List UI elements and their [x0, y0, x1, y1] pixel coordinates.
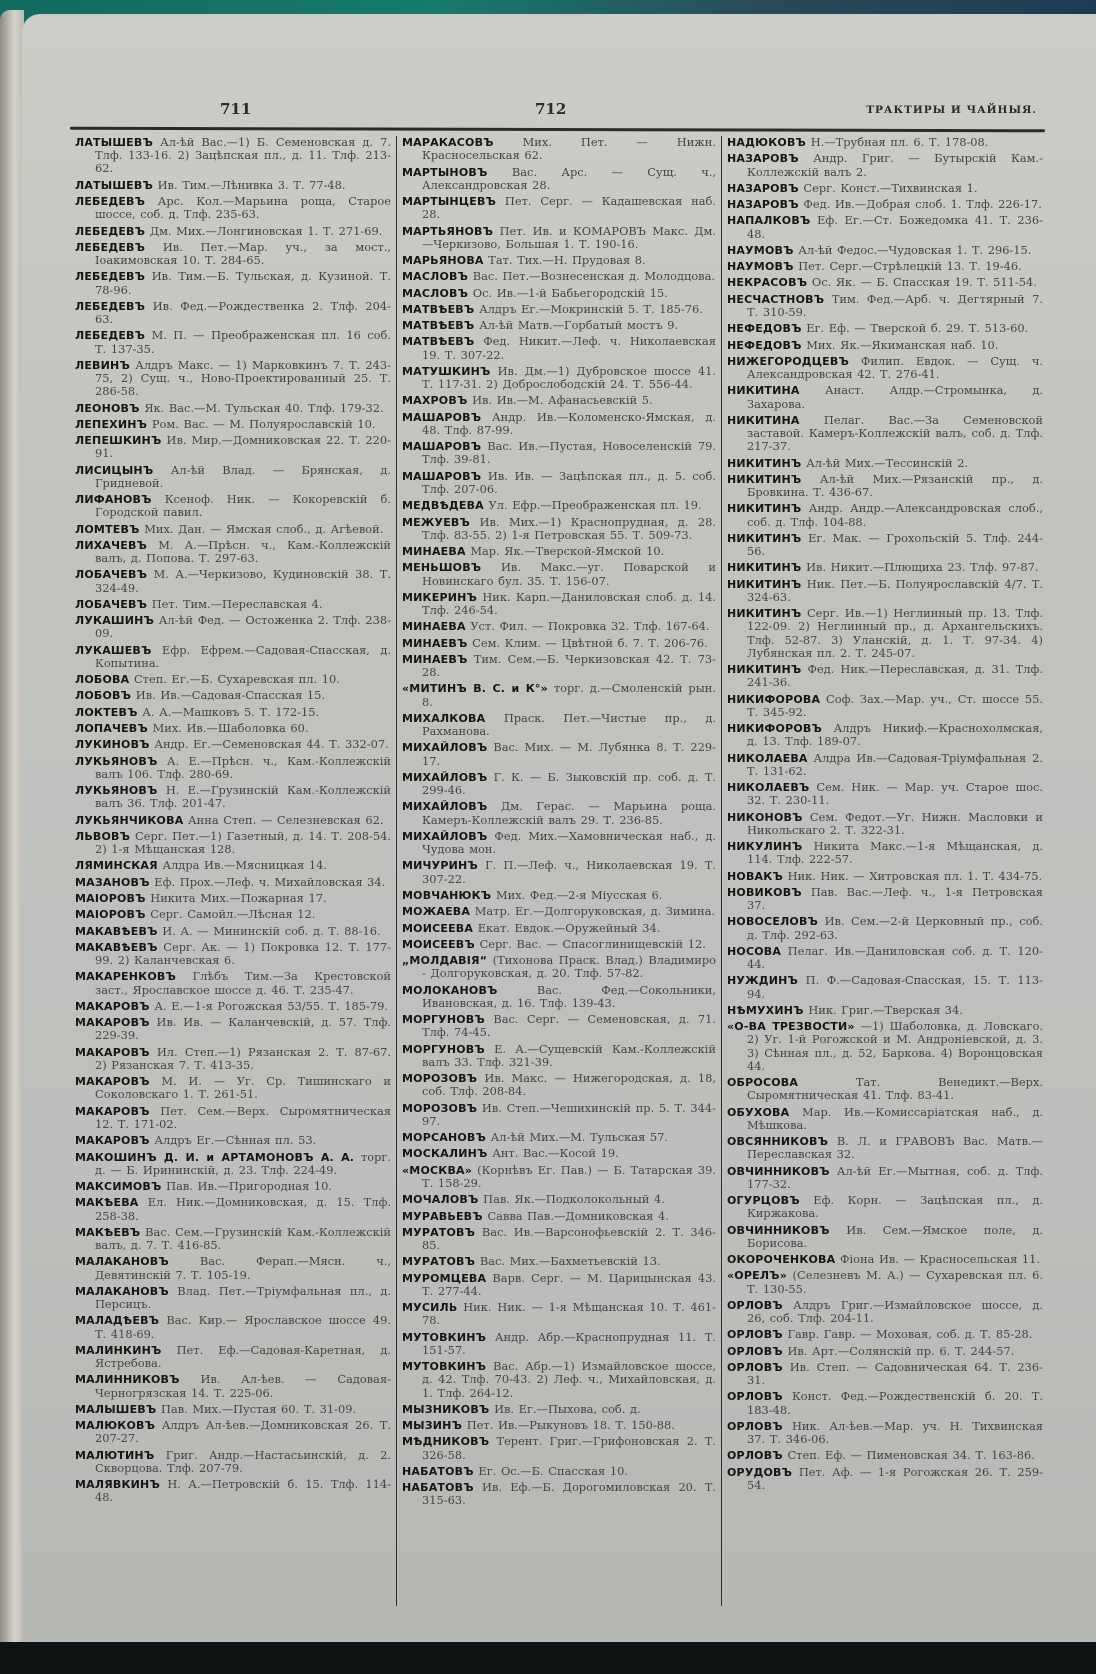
directory-entry: ЛОБАЧЕВЪ М. А.—Черкизово, Кудиновскій 38…: [75, 568, 391, 594]
directory-entry: МЕДВѢДЕВА Ул. Ефр.—Преображенская пл. 19…: [402, 499, 716, 512]
entry-name: МАЛЮТИНЪ: [75, 1449, 154, 1462]
directory-entry: МАХРОВЪ Ив. Ив.—М. Афанасьевскій 5.: [402, 394, 716, 407]
directory-entry: МИХАЛКОВА Праск. Пет.—Чистые пр., д. Рах…: [402, 712, 716, 738]
directory-entry: НИКИТИНЪ Ал-ѣй Мих.—Тессинскій 2.: [727, 457, 1043, 470]
directory-entry: МИХАЙЛОВЪ Вас. Мих. — М. Лубянка 8. Т. 2…: [402, 741, 716, 767]
entry-name: МИНАЕВА: [402, 545, 466, 558]
entry-name: НИКИТИНЪ: [727, 578, 801, 591]
entry-details: Серг. Вас. — Спасоглинищевскій 12.: [480, 937, 706, 951]
entry-name: ОВЧИННИКОВЪ: [727, 1165, 830, 1178]
directory-entry: ЛАТЫШЕВЪ Ал-ѣй Вас.—1) Б. Семеновская д.…: [75, 136, 391, 176]
entry-name: ЛИФАНОВЪ: [75, 493, 152, 506]
directory-entry: НѢМУХИНЪ Ник. Григ.—Тверская 34.: [727, 1004, 1043, 1017]
entry-name: МАКАВѢЕВЪ: [75, 925, 158, 938]
entry-name: МЕЖУЕВЪ: [402, 516, 470, 529]
entry-name: ЛУКЬЯНОВЪ: [75, 755, 158, 768]
entry-details: Мих. Як.—Якиманская наб. 10.: [806, 338, 998, 352]
directory-entry: МАКАВѢЕВЪ И. А. — Мининскій соб. д. Т. 8…: [75, 925, 391, 938]
directory-entry: МАТУШКИНЪ Ив. Дм.—1) Дубровское шоссе 41…: [402, 365, 716, 391]
directory-entry: МАКАРОВЪ Ил. Степ.—1) Рязанская 2. Т. 87…: [75, 1046, 391, 1072]
entry-name: МЕДВѢДЕВА: [402, 499, 484, 512]
entry-details: Алдръ Григ.—Измайловское шоссе, д. 26, с…: [747, 1298, 1043, 1325]
directory-entry: МАКѢЕВЪ Вас. Сем.—Грузинскій Кам.-Коллеж…: [75, 1226, 391, 1252]
entry-name: МАХРОВЪ: [402, 394, 467, 407]
directory-entry: ЛЕБЕДЕВЪ Арс. Кол.—Марьина роща, Старое …: [75, 195, 391, 221]
directory-entry: НАЗАРОВЪ Фед. Ив.—Добрая слоб. 1. Тлф. 2…: [727, 198, 1043, 211]
entry-name: НОВОСЕЛОВЪ: [727, 915, 818, 928]
entry-name: МАЛАКАНОВЪ: [75, 1255, 169, 1268]
directory-entry: МАЛИНКИНЪ Пет. Еф.—Садовая-Каретная, д. …: [75, 1344, 391, 1370]
directory-entry: МУСИЛЬ Ник. Ник. — 1-я Мѣщанская 10. Т. …: [402, 1301, 716, 1327]
directory-entry: МОИСЕЕВА Екат. Евдок.—Оружейный 34.: [402, 922, 716, 935]
entry-details: Вас. Мих.—Бахметьевскій 13.: [480, 1254, 661, 1268]
entry-name: МАРТЫНЦЕВЪ: [402, 195, 496, 208]
entry-name: МИЧУРИНЪ: [402, 859, 478, 872]
entry-name: МАКАВѢЕВЪ: [75, 941, 158, 954]
entry-name: МАШАРОВЪ: [402, 411, 481, 424]
entry-details: Ром. Вас. — М. Полуярославскій 10.: [152, 417, 376, 431]
entry-name: ЛЕБЕДЕВЪ: [75, 225, 145, 238]
entry-name: ЛОКТЕВЪ: [75, 706, 138, 719]
entry-name: НОСОВА: [727, 945, 781, 958]
entry-details: Ег. Ос.—Б. Спасская 10.: [478, 1464, 628, 1478]
entry-details: Уст. Фил. — Покровка 32. Тлф. 167-64.: [470, 619, 709, 633]
entry-name: МУРАТОВЪ: [402, 1255, 475, 1268]
directory-entry: НОВАКЪ Ник. Ник. — Хитровская пл. 1. Т. …: [727, 870, 1043, 883]
directory-entry: МАКОШИНЪ Д. И. и АРТАМОНОВЪ А. А. торг. …: [75, 1151, 391, 1177]
entry-name: МУСИЛЬ: [402, 1301, 457, 1314]
entry-details: Ив. Ив.—М. Афанасьевскій 5.: [472, 393, 653, 407]
directory-entry: ОВЧИННИКОВЪ Ив. Сем.—Ямское поле, д. Бор…: [727, 1224, 1043, 1250]
directory-entry: МАШАРОВЪ Ив. Ив. — Зацѣпская пл., д. 5. …: [402, 470, 716, 496]
entry-name: МИНАЕВЪ: [402, 637, 468, 650]
directory-entry: МАКАРОВЪ Пет. Сем.—Верх. Сыромятническая…: [75, 1105, 391, 1131]
directory-entry: МЫЗИНЪ Пет. Ив.—Рыкуновъ 18. Т. 150-88.: [402, 1419, 716, 1432]
entry-name: МАКСИМОВЪ: [75, 1180, 162, 1193]
entry-name: ОВЧИННИКОВЪ: [727, 1224, 830, 1237]
entry-name: НИКИТИНЪ: [727, 561, 801, 574]
entry-name: МОСКАЛИНЪ: [402, 1147, 488, 1160]
entry-name: «МОСКВА»: [402, 1164, 472, 1177]
directory-entry: МАКАРОВЪ Ив. Ив. — Каланчевскій, д. 57. …: [75, 1016, 391, 1042]
directory-entry: «ОРЕЛЪ» (Селезневъ М. А.) — Сухаревская …: [727, 1269, 1043, 1295]
column-right: НАДЮКОВЪ Н.—Трубная пл. 6. Т. 178-08.НАЗ…: [722, 136, 1048, 1606]
entry-name: „МОЛДАВІЯ“: [402, 954, 487, 967]
directory-entry: НАУМОВЪ Пет. Серг.—Стрѣлецкій 13. Т. 19-…: [727, 260, 1043, 273]
entry-name: ЛУКЬЯНОВЪ: [75, 784, 158, 797]
background-bottom: [0, 1642, 1096, 1674]
entry-name: ЛУКАШИНЪ: [75, 614, 154, 627]
entry-details: Ник. Ник. — Хитровская пл. 1. Т. 434-75.: [788, 869, 1043, 883]
entry-name: ЛУКАШЕВЪ: [75, 644, 152, 657]
entry-name: НИКОЛАЕВЪ: [727, 781, 809, 794]
entry-name: НАБАТОВЪ: [402, 1465, 474, 1478]
directory-entry: МИНАЕВЪ Сем. Клим. — Цвѣтной б. 7. Т. 20…: [402, 637, 716, 650]
directory-entry: МОЧАЛОВЪ Пав. Як.—Подколокольный 4.: [402, 1193, 716, 1206]
directory-entry: МАСЛОВЪ Вас. Пет.—Вознесенская д. Молодц…: [402, 270, 716, 283]
entry-name: ЛЕБЕДЕВЪ: [75, 300, 145, 313]
directory-entry: МИХАЙЛОВЪ Фед. Мих.—Хамовническая наб., …: [402, 830, 716, 856]
entry-details: Мар. Як.—Тверской-Ямской 10.: [470, 544, 664, 558]
directory-entry: МАІОРОВЪ Никита Мих.—Пожарная 17.: [75, 892, 391, 905]
directory-entry: МАРАКАСОВЪ Мих. Пет. — Нижн. Красносельс…: [402, 136, 716, 162]
entry-name: МУРОМЦЕВА: [402, 1272, 486, 1285]
entry-details: Ив. Тим.—Лѣнивка 3. Т. 77-48.: [158, 178, 346, 192]
entry-name: ОГУРЦОВЪ: [727, 1194, 800, 1207]
directory-entry: ЛЬВОВЪ Серг. Пет.—1) Газетный, д. 14. Т.…: [75, 830, 391, 856]
directory-entry: ЛОМТЕВЪ Мих. Дан. — Ямская слоб., д. Агѣ…: [75, 523, 391, 536]
entry-name: ОРЛОВЪ: [727, 1328, 783, 1341]
entry-name: МАЛИНКИНЪ: [75, 1344, 162, 1357]
entry-name: МОЧАЛОВЪ: [402, 1193, 479, 1206]
entry-details: Пет. Аф. — 1-я Рогожская 26. Т. 259-54.: [747, 1465, 1043, 1492]
entry-name: ЛЕВИНЪ: [75, 359, 130, 372]
directory-entry: НИКИТИНЪ Ег. Мак. — Грохольскій 5. Тлф. …: [727, 532, 1043, 558]
entry-name: НИКИТИНЪ: [727, 473, 801, 486]
entry-name: МОЖАЕВА: [402, 905, 470, 918]
entry-name: НАУМОВЪ: [727, 260, 794, 273]
directory-entry: «О-ВА ТРЕЗВОСТИ» —1) Шаболовка, д. Ловск…: [727, 1020, 1043, 1073]
entry-name: ОРЛОВЪ: [727, 1449, 783, 1462]
directory-entry: ЛОБОВА Степ. Ег.—Б. Сухаревская пл. 10.: [75, 673, 391, 686]
entry-details: Пав. Як.—Подколокольный 4.: [483, 1192, 665, 1206]
entry-details: Пав. Ив.—Пригородная 10.: [166, 1179, 332, 1193]
directory-entry: «МИТИНЪ В. С. и К°» торг. д.—Смоленскій …: [402, 682, 716, 708]
entry-name: НАДЮКОВЪ: [727, 136, 806, 149]
entry-name: МОРГУНОВЪ: [402, 1043, 485, 1056]
directory-entry: НИКИТИНА Пелаг. Вас.—За Семеновской заст…: [727, 414, 1043, 454]
directory-entry: НИКУЛИНЪ Никита Макс.—1-я Мѣщанская, д. …: [727, 840, 1043, 866]
directory-entry: НЕФЕДОВЪ Мих. Як.—Якиманская наб. 10.: [727, 339, 1043, 352]
entry-name: ЛАТЫШЕВЪ: [75, 136, 153, 149]
directory-entry: МАКАРОВЪ А. Е.—1-я Рогожская 53/55. Т. 1…: [75, 1000, 391, 1013]
entry-name: МАЛИННИКОВЪ: [75, 1373, 180, 1386]
directory-entry: НИКОНОВЪ Сем. Федот.—Уг. Нижн. Масловки …: [727, 811, 1043, 837]
directory-entry: МИКЕРИНЪ Ник. Карп.—Даниловская слоб. д.…: [402, 591, 716, 617]
entry-name: ЛАТЫШЕВЪ: [75, 179, 153, 192]
directory-entry: НАБАТОВЪ Ег. Ос.—Б. Спасская 10.: [402, 1465, 716, 1478]
entry-details: Пет. Ив.—Рыкуновъ 18. Т. 150-88.: [467, 1418, 675, 1432]
entry-name: ОБУХОВА: [727, 1106, 789, 1119]
entry-name: МОИСЕЕВЪ: [402, 938, 475, 951]
directory-entry: МУТОВКИНЪ Вас. Абр.—1) Измайловское шосс…: [402, 1360, 716, 1400]
entry-details: Никита Мих.—Пожарная 17.: [150, 891, 326, 905]
directory-entry: НАУМОВЪ Ал-ѣй Федос.—Чудовская 1. Т. 296…: [727, 244, 1043, 257]
entry-name: МЫЗИНЪ: [402, 1419, 462, 1432]
entry-name: МОРОЗОВЪ: [402, 1072, 477, 1085]
entry-name: МАКАРОВЪ: [75, 1016, 150, 1029]
entry-name: МАТВѢЕВЪ: [402, 319, 474, 332]
directory-entry: ЛУКЬЯНОВЪ А. Е.—Прѣсн. ч., Кам.-Коллежск…: [75, 755, 391, 781]
directory-entry: ЛЕБЕДЕВЪ Дм. Мих.—Лонгиновская 1. Т. 271…: [75, 225, 391, 238]
directory-entry: МАЛЫШЕВЪ Пав. Мих.—Пустая 60. Т. 31-09.: [75, 1403, 391, 1416]
section-title: ТРАКТИРЫ И ЧАЙНЫЯ.: [866, 104, 1037, 116]
entry-name: МАІОРОВЪ: [75, 892, 146, 905]
entry-name: МИХАЛКОВА: [402, 712, 485, 725]
directory-entry: ЛЕБЕДЕВЪ Ив. Фед.—Рождественка 2. Тлф. 2…: [75, 300, 391, 326]
entry-name: МУТОВКИНЪ: [402, 1360, 486, 1373]
entry-name: МИХАЙЛОВЪ: [402, 800, 487, 813]
directory-entry: НИКИФОРОВЪ Алдръ Никиф.—Краснохолмская, …: [727, 722, 1043, 748]
directory-entry: ЛЕБЕДЕВЪ Ив. Пет.—Мар. уч., за мост., Іо…: [75, 241, 391, 267]
entry-name: МАКѢЕВЪ: [75, 1226, 140, 1239]
entry-details: Гавр. Гавр. — Моховая, соб. д. Т. 85-28.: [787, 1327, 1032, 1341]
directory-entry: МУРАВЬЕВЪ Савва Пав.—Домниковская 4.: [402, 1210, 716, 1223]
directory-entry: ЛЕПЕШКИНЪ Ив. Мир.—Домниковская 22. Т. 2…: [75, 434, 391, 460]
entry-details: (Селезневъ М. А.) — Сухаревская пл. 6. Т…: [747, 1268, 1043, 1295]
entry-name: ЛОБАЧЕВЪ: [75, 598, 147, 611]
directory-entry: МОЛОКАНОВЪ Вас. Фед.—Сокольники, Ивановс…: [402, 984, 716, 1010]
directory-entry: НЕКРАСОВЪ Ос. Як. — Б. Спасская 19. Т. 5…: [727, 276, 1043, 289]
directory-entry: НАБАТОВЪ Ив. Еф.—Б. Дорогомиловская 20. …: [402, 1481, 716, 1507]
entry-details: Фіона Ив. — Красносельская 11.: [840, 1252, 1040, 1266]
entry-name: МАШАРОВЪ: [402, 440, 481, 453]
entry-name: МОРОЗОВЪ: [402, 1102, 477, 1115]
entry-name: МИНАЕВА: [402, 620, 466, 633]
entry-details: Андр. Ег.—Семеновская 44. Т. 332-07.: [154, 737, 388, 751]
directory-entry: МАКАРОВЪ М. И. — Уг. Ср. Тишинскаго и Со…: [75, 1075, 391, 1101]
entry-name: НЕФЕДОВЪ: [727, 322, 802, 335]
directory-entry: ЛИХАЧЕВЪ М. А.—Прѣсн. ч., Кам.-Коллежскі…: [75, 539, 391, 565]
directory-entry: МОИСЕЕВЪ Серг. Вас. — Спасоглинищевскій …: [402, 938, 716, 951]
directory-entry: НАДЮКОВЪ Н.—Трубная пл. 6. Т. 178-08.: [727, 136, 1043, 149]
entry-name: МАШАРОВЪ: [402, 470, 481, 483]
page-number-left: 711: [220, 100, 251, 118]
directory-entry: ЛУКАШЕВЪ Ефр. Ефрем.—Садовая-Спасская, д…: [75, 644, 391, 670]
entry-name: НИКОЛАЕВА: [727, 752, 808, 765]
directory-entry: ЛУКЬЯНЧИКОВА Анна Степ. — Селезневская 6…: [75, 814, 391, 827]
entry-details: Конст. Фед.—Рождественскій б. 20. Т. 183…: [747, 1389, 1043, 1416]
directory-entry: МАКСИМОВЪ Пав. Ив.—Пригородная 10.: [75, 1180, 391, 1193]
entry-details: Алдра Ив.—Мясницкая 14.: [162, 858, 327, 872]
entry-details: Ал-ѣй Мих.—Тессинскій 2.: [806, 456, 968, 470]
entry-name: ЛЕПЕШКИНЪ: [75, 434, 162, 447]
entry-name: НИКУЛИНЪ: [727, 840, 802, 853]
directory-entry: МУРОМЦЕВА Варв. Серг. — М. Царицынская 4…: [402, 1272, 716, 1298]
directory-entry: НИКОЛАЕВЪ Сем. Ник. — Мар. уч. Старое шо…: [727, 781, 1043, 807]
entry-details: Степ. Еф. — Пименовская 34. Т. 163-86.: [787, 1448, 1034, 1462]
entry-name: ЛИСИЦЫНЪ: [75, 464, 153, 477]
entry-details: Ул. Ефр.—Преображенская пл. 19.: [489, 498, 702, 512]
directory-entry: ОРЛОВЪ Гавр. Гавр. — Моховая, соб. д. Т.…: [727, 1328, 1043, 1341]
entry-details: Сем. Клим. — Цвѣтной б. 7. Т. 206-76.: [472, 636, 708, 650]
directory-entry: МОВЧАНЮКЪ Мих. Фед.—2-я Міусская 6.: [402, 889, 716, 902]
directory-entry: МИНАЕВЪ Тим. Сем.—Б. Черкизовская 42. Т.…: [402, 653, 716, 679]
entry-name: ОРЛОВЪ: [727, 1420, 783, 1433]
entry-details: Н.—Трубная пл. 6. Т. 178-08.: [811, 135, 989, 149]
entry-name: НИЖЕГОРОДЦЕВЪ: [727, 355, 849, 368]
entry-details: Мих. Фед.—2-я Міусская 6.: [496, 888, 662, 902]
column-left: ЛАТЫШЕВЪ Ал-ѣй Вас.—1) Б. Семеновская д.…: [70, 136, 396, 1606]
directory-entry: ЛЯМИНСКАЯ Алдра Ив.—Мясницкая 14.: [75, 859, 391, 872]
entry-name: НИКИТИНЪ: [727, 457, 801, 470]
directory-entry: ОБУХОВА Мар. Ив.—Комиссаріатская наб., д…: [727, 1106, 1043, 1132]
directory-entry: МАРЬЯНОВА Тат. Тих.—Н. Прудовая 8.: [402, 254, 716, 267]
entry-name: ЛЕБЕДЕВЪ: [75, 241, 145, 254]
directory-entry: МИХАЙЛОВЪ Г. К. — Б. Зыковскій пр. соб. …: [402, 771, 716, 797]
entry-name: НИКИТИНЪ: [727, 532, 801, 545]
directory-entry: МОРГУНОВЪ Е. А.—Сущевскій Кам.-Коллежскі…: [402, 1043, 716, 1069]
directory-entry: ЛЕВИНЪ Алдръ Макс. — 1) Марковкинъ 7. Т.…: [75, 359, 391, 399]
entry-name: ЛОБОВА: [75, 673, 129, 686]
entry-details: Фед. Ив.—Добрая слоб. 1. Тлф. 226-17.: [803, 197, 1041, 211]
entry-name: НУЖДИНЪ: [727, 974, 798, 987]
entry-name: МУРАТОВЪ: [402, 1226, 475, 1239]
entry-details: Мар. Ив.—Комиссаріатская наб., д. Мѣшков…: [747, 1105, 1043, 1132]
entry-details: Тат. Тих.—Н. Прудовая 8.: [488, 253, 645, 267]
directory-entry: ЛЕБЕДЕВЪ Ив. Тим.—Б. Тульская, д. Кузино…: [75, 270, 391, 296]
directory-columns: ЛАТЫШЕВЪ Ал-ѣй Вас.—1) Б. Семеновская д.…: [70, 136, 1050, 1606]
entry-details: Еф. Прох.—Леф. ч. Михайловская 34.: [154, 875, 385, 889]
directory-entry: МУРАТОВЪ Вас. Мих.—Бахметьевскій 13.: [402, 1255, 716, 1268]
entry-name: ЛЯМИНСКАЯ: [75, 859, 158, 872]
directory-entry: МАСЛОВЪ Ос. Ив.—1-й Бабьегородскій 15.: [402, 287, 716, 300]
entry-details: Ос. Як. — Б. Спасская 19. Т. 511-54.: [812, 275, 1037, 289]
entry-name: МИНАЕВЪ: [402, 653, 468, 666]
directory-entry: НИКИТИНЪ Фед. Ник.—Переславская, д. 31. …: [727, 663, 1043, 689]
directory-entry: ЛУКИНОВЪ Андр. Ег.—Семеновская 44. Т. 33…: [75, 738, 391, 751]
directory-entry: МОЖАЕВА Матр. Ег.—Долгоруковская, д. Зим…: [402, 905, 716, 918]
entry-name: НИКИТИНЪ: [727, 502, 801, 515]
entry-details: Пав. Мих.—Пустая 60. Т. 31-09.: [161, 1402, 356, 1416]
entry-details: Вас. Пет.—Вознесенская д. Молодцова.: [473, 269, 715, 283]
directory-entry: ЛОБАЧЕВЪ Пет. Тим.—Переславская 4.: [75, 598, 391, 611]
entry-name: МАЛАКАНОВЪ: [75, 1285, 169, 1298]
entry-name: МИХАЙЛОВЪ: [402, 771, 487, 784]
directory-entry: ОБРОСОВА Тат. Венедикт.—Верх. Сыромятнич…: [727, 1076, 1043, 1102]
entry-name: НЕСЧАСТНОВЪ: [727, 293, 824, 306]
entry-name: МАСЛОВЪ: [402, 270, 468, 283]
directory-entry: МУТОВКИНЪ Андр. Абр.—Краснопрудная 11. Т…: [402, 1331, 716, 1357]
directory-entry: ЛУКЬЯНОВЪ Н. Е.—Грузинскій Кам.-Коллежск…: [75, 784, 391, 810]
entry-name: НОВАКЪ: [727, 870, 783, 883]
entry-name: ОБРОСОВА: [727, 1076, 798, 1089]
entry-name: МАЛЯВКИНЪ: [75, 1478, 160, 1491]
entry-name: МАТУШКИНЪ: [402, 365, 491, 378]
entry-name: НАЗАРОВЪ: [727, 152, 799, 165]
entry-name: МАРТЫНОВЪ: [402, 166, 488, 179]
directory-entry: МАЛАКАНОВЪ Вас. Ферап.—Мясн. ч., Девятин…: [75, 1255, 391, 1281]
entry-details: Ос. Ив.—1-й Бабьегородскій 15.: [473, 286, 668, 300]
entry-name: МАРТЬЯНОВЪ: [402, 225, 493, 238]
entry-details: Пет. Тим.—Переславская 4.: [152, 597, 323, 611]
directory-entry: ЛЕПЕХИНЪ Ром. Вас. — М. Полуярославскій …: [75, 418, 391, 431]
directory-entry: МѢДНИКОВЪ Терент. Григ.—Грифоновская 2. …: [402, 1435, 716, 1461]
directory-entry: НИКИТИНЪ Ал-ѣй Мих.—Рязанскій пр., д. Бр…: [727, 473, 1043, 499]
entry-name: НАЗАРОВЪ: [727, 182, 799, 195]
directory-entry: МАЛИННИКОВЪ Ив. Ал-ѣев. — Садовая-Черног…: [75, 1373, 391, 1399]
directory-entry: ЛАТЫШЕВЪ Ив. Тим.—Лѣнивка 3. Т. 77-48.: [75, 179, 391, 192]
entry-details: Матр. Ег.—Долгоруковская, д. Зимина.: [475, 904, 715, 918]
directory-entry: НАЗАРОВЪ Серг. Конст.—Тихвинская 1.: [727, 182, 1043, 195]
entry-name: НИКОНОВЪ: [727, 811, 803, 824]
directory-entry: МАТВѢЕВЪ Фед. Никит.—Леф. ч. Николаевска…: [402, 335, 716, 361]
entry-name: ЛОМТЕВЪ: [75, 523, 140, 536]
entry-name: ЛУКИНОВЪ: [75, 738, 150, 751]
entry-name: МУТОВКИНЪ: [402, 1331, 486, 1344]
directory-entry: НИКИТИНЪ Ник. Пет.—Б. Полуярославскій 4/…: [727, 578, 1043, 604]
book-spine-edge: [0, 10, 24, 1660]
entry-details: Ал-ѣй Матв.—Горбатый мостъ 9.: [479, 318, 678, 332]
entry-name: МАКАРОВЪ: [75, 1000, 150, 1013]
entry-name: ЛЕПЕХИНЪ: [75, 418, 147, 431]
entry-details: Серг. Пет.—1) Газетный, д. 14. Т. 208-54…: [95, 829, 391, 856]
entry-name: НИКИТИНА: [727, 414, 800, 427]
entry-name: НИКИТИНЪ: [727, 663, 801, 676]
directory-entry: ЛИСИЦЫНЪ Ал-ѣй Влад. — Брянская, д. Грид…: [75, 464, 391, 490]
directory-entry: МАРТЬЯНОВЪ Пет. Ив. и КОМАРОВЪ Макс. Дм.…: [402, 225, 716, 251]
entry-details: Пелаг. Ив.—Даниловская соб. д. Т. 120-44…: [747, 944, 1043, 971]
directory-entry: НИКИТИНЪ Ив. Никит.—Плющиха 23. Тлф. 97-…: [727, 561, 1043, 574]
entry-details: Ел. Ник.—Домниковская, д. 15. Тлф. 258-3…: [95, 1195, 391, 1222]
entry-name: ЛЕБЕДЕВЪ: [75, 195, 145, 208]
entry-details: Ив. Ег.—Пыхова, соб. д.: [494, 1402, 641, 1416]
entry-details: Ив. Ив.—Садовая-Спасская 15.: [136, 688, 325, 702]
directory-entry: МАТВѢЕВЪ Алдръ Ег.—Мокринскій 5. Т. 185-…: [402, 303, 716, 316]
entry-name: ОРУДОВЪ: [727, 1466, 792, 1479]
entry-name: НѢМУХИНЪ: [727, 1004, 804, 1017]
directory-entry: МИНАЕВА Уст. Фил. — Покровка 32. Тлф. 16…: [402, 620, 716, 633]
entry-name: ОВСЯННИКОВЪ: [727, 1135, 828, 1148]
entry-details: Дм. Мих.—Лонгиновская 1. Т. 271-69.: [150, 224, 383, 238]
directory-entry: МАЛАКАНОВЪ Влад. Пет.—Тріумфальная пл., …: [75, 1285, 391, 1311]
directory-entry: ЛОКТЕВЪ А. А.—Машковъ 5. Т. 172-15.: [75, 706, 391, 719]
directory-entry: МАКАРЕНКОВЪ Глѣбъ Тим.—За Крестовской за…: [75, 970, 391, 996]
directory-entry: НИЖЕГОРОДЦЕВЪ Филип. Евдок. — Сущ. ч. Ал…: [727, 355, 1043, 381]
directory-entry: МОСКАЛИНЪ Ант. Вас.—Косой 19.: [402, 1147, 716, 1160]
entry-name: НАПАЛКОВЪ: [727, 214, 810, 227]
entry-name: НЕКРАСОВЪ: [727, 276, 807, 289]
directory-entry: МАЛЮКОВЪ Алдръ Ал-ѣев.—Домниковская 26. …: [75, 1419, 391, 1445]
directory-entry: НУЖДИНЪ П. Ф.—Садовая-Спасская, 15. Т. 1…: [727, 974, 1043, 1000]
entry-name: ЛИХАЧЕВЪ: [75, 539, 147, 552]
directory-entry: ОРЛОВЪ Ив. Арт.—Солянскій пр. 6. Т. 244-…: [727, 1345, 1043, 1358]
directory-entry: ЛОПАЧЕВЪ Мих. Ив.—Шаболовка 60.: [75, 722, 391, 735]
directory-entry: ОГУРЦОВЪ Еф. Корн. — Зацѣпская пл., д. К…: [727, 1194, 1043, 1220]
directory-entry: МАШАРОВЪ Вас. Ив.—Пустая, Новоселенскій …: [402, 440, 716, 466]
entry-name: НАУМОВЪ: [727, 244, 794, 257]
directory-entry: «МОСКВА» (Корнѣвъ Ег. Пав.) — Б. Татарск…: [402, 1164, 716, 1190]
entry-details: Ник. Ал-ѣев.—Мар. уч. Н. Тихвинская 37. …: [747, 1419, 1043, 1446]
directory-entry: МАЗАНОВЪ Еф. Прох.—Леф. ч. Михайловская …: [75, 876, 391, 889]
entry-name: МОВЧАНЮКЪ: [402, 889, 491, 902]
entry-name: МОРГУНОВЪ: [402, 1013, 485, 1026]
directory-entry: НИКИФОРОВА Соф. Зах.—Мар. уч., Ст. шоссе…: [727, 693, 1043, 719]
entry-name: ЛЕБЕДЕВЪ: [75, 270, 145, 283]
entry-name: МУРАВЬЕВЪ: [402, 1210, 483, 1223]
directory-entry: НЕФЕДОВЪ Ег. Еф. — Тверской б. 29. Т. 51…: [727, 322, 1043, 335]
entry-name: МОЛОКАНОВЪ: [402, 984, 498, 997]
entry-name: НОВИКОВЪ: [727, 886, 802, 899]
entry-name: НАБАТОВЪ: [402, 1481, 474, 1494]
page-number-middle: 712: [535, 100, 566, 118]
entry-name: МАКАРОВЪ: [75, 1105, 150, 1118]
entry-details: Степ. Ег.—Б. Сухаревская пл. 10.: [134, 672, 340, 686]
entry-name: МАКАРОВЪ: [75, 1134, 150, 1147]
directory-entry: МИНАЕВА Мар. Як.—Тверской-Ямской 10.: [402, 545, 716, 558]
entry-details: Як. Вас.—М. Тульская 40. Тлф. 179-32.: [144, 401, 383, 415]
directory-entry: ЛЕОНОВЪ Як. Вас.—М. Тульская 40. Тлф. 17…: [75, 402, 391, 415]
entry-details: Мих. Дан. — Ямская слоб., д. Агѣевой.: [144, 522, 383, 536]
directory-entry: НОСОВА Пелаг. Ив.—Даниловская соб. д. Т.…: [727, 945, 1043, 971]
entry-details: Ник. Ник. — 1-я Мѣщанская 10. Т. 461-78.: [422, 1300, 716, 1327]
directory-entry: МАТВѢЕВЪ Ал-ѣй Матв.—Горбатый мостъ 9.: [402, 319, 716, 332]
directory-entry: НИКИТИНЪ Серг. Ив.—1) Неглинный пр. 13. …: [727, 607, 1043, 660]
entry-name: МИХАЙЛОВЪ: [402, 741, 487, 754]
entry-name: ОКОРОЧЕНКОВА: [727, 1253, 835, 1266]
entry-details: Ал-ѣй Федос.—Чудовская 1. Т. 296-15.: [798, 243, 1031, 257]
directory-entry: МАКАРОВЪ Алдръ Ег.—Сѣнная пл. 53.: [75, 1134, 391, 1147]
